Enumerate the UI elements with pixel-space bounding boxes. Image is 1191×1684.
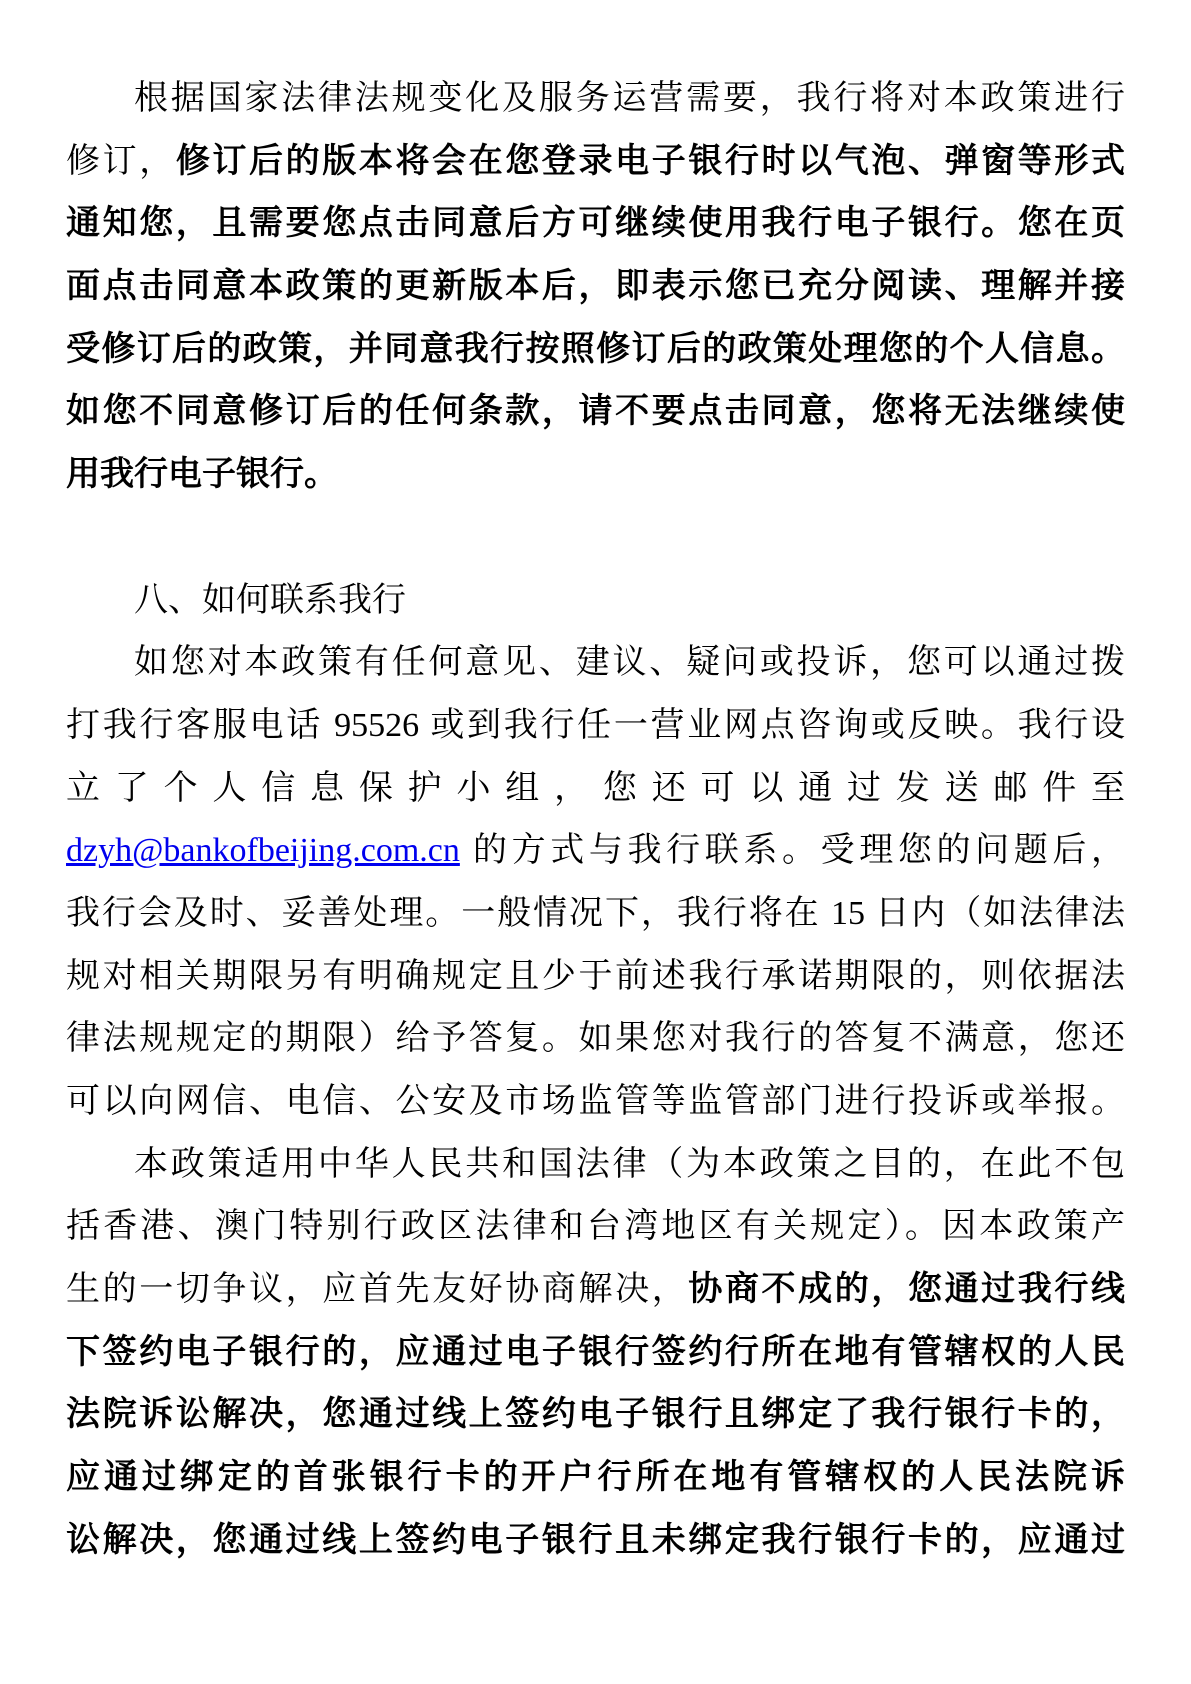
- body-text-run: 如您对本政策有任何意见、建议、疑问或投诉，您可以通过拨: [134, 644, 1125, 681]
- body-text-run: 修订，: [66, 143, 176, 180]
- emphasis-text-run: 讼解决，您通过线上签约电子银行且未绑定我行银行卡的，应通过: [66, 1522, 1125, 1559]
- body-text-run: 可以向网信、电信、公安及市场监管等监管部门进行投诉或举报。: [66, 1083, 1125, 1120]
- text-line: 八、如何联系我行: [66, 570, 1125, 633]
- text-line: 生的一切争议，应首先友好协商解决，协商不成的，您通过我行线: [66, 1259, 1125, 1322]
- body-text-run: 本政策适用中华人民共和国法律（为本政策之目的，在此不包: [134, 1146, 1125, 1183]
- text-line: 根据国家法律法规变化及服务运营需要，我行将对本政策进行: [66, 68, 1125, 131]
- text-line: 本政策适用中华人民共和国法律（为本政策之目的，在此不包: [66, 1134, 1125, 1197]
- text-line: 面点击同意本政策的更新版本后，即表示您已充分阅读、理解并接: [66, 256, 1125, 319]
- emphasis-text-run: 用我行电子银行。: [66, 456, 338, 493]
- text-line: 讼解决，您通过线上签约电子银行且未绑定我行银行卡的，应通过: [66, 1510, 1125, 1573]
- emphasis-text-run: 受修订后的政策，并同意我行按照修订后的政策处理您的个人信息。: [66, 331, 1125, 368]
- text-line: 立了个人信息保护小组，您还可以通过发送邮件至: [66, 758, 1125, 821]
- body-text-run: 打我行客服电话 95526 或到我行任一营业网点咨询或反映。我行设: [66, 707, 1125, 744]
- email-link[interactable]: dzyh@bankofbeijing.com.cn: [66, 832, 460, 869]
- body-text-run: 我行会及时、妥善处理。一般情况下，我行将在 15 日内（如法律法: [66, 895, 1125, 932]
- text-line: 括香港、澳门特别行政区法律和台湾地区有关规定）。因本政策产: [66, 1196, 1125, 1259]
- emphasis-text-run: 面点击同意本政策的更新版本后，即表示您已充分阅读、理解并接: [66, 268, 1125, 305]
- text-line: 如您不同意修订后的任何条款，请不要点击同意，您将无法继续使: [66, 381, 1125, 444]
- emphasis-text-run: 法院诉讼解决，您通过线上签约电子银行且绑定了我行银行卡的，: [66, 1396, 1125, 1433]
- emphasis-text-run: 下签约电子银行的，应通过电子银行签约行所在地有管辖权的人民: [66, 1334, 1125, 1371]
- text-line: 应通过绑定的首张银行卡的开户行所在地有管辖权的人民法院诉: [66, 1447, 1125, 1510]
- text-line: 下签约电子银行的，应通过电子银行签约行所在地有管辖权的人民: [66, 1322, 1125, 1385]
- emphasis-text-run: 协商不成的，您通过我行线: [688, 1271, 1125, 1308]
- body-text-run: 根据国家法律法规变化及服务运营需要，我行将对本政策进行: [134, 80, 1125, 117]
- document-page: 根据国家法律法规变化及服务运营需要，我行将对本政策进行修订，修订后的版本将会在您…: [0, 0, 1191, 1684]
- emphasis-text-run: 通知您，且需要您点击同意后方可继续使用我行电子银行。您在页: [66, 205, 1125, 242]
- text-line: 修订，修订后的版本将会在您登录电子银行时以气泡、弹窗等形式: [66, 131, 1125, 194]
- text-line: 规对相关期限另有明确规定且少于前述我行承诺期限的，则依据法: [66, 946, 1125, 1009]
- text-line: 我行会及时、妥善处理。一般情况下，我行将在 15 日内（如法律法: [66, 883, 1125, 946]
- text-line: 用我行电子银行。: [66, 444, 1125, 507]
- emphasis-text-run: 如您不同意修订后的任何条款，请不要点击同意，您将无法继续使: [66, 393, 1125, 430]
- body-text-run: 八、如何联系我行: [134, 582, 406, 619]
- emphasis-text-run: 修订后的版本将会在您登录电子银行时以气泡、弹窗等形式: [176, 143, 1125, 180]
- body-text-run: 律法规规定的期限）给予答复。如果您对我行的答复不满意，您还: [66, 1020, 1125, 1057]
- text-line: 法院诉讼解决，您通过线上签约电子银行且绑定了我行银行卡的，: [66, 1384, 1125, 1447]
- text-line: 可以向网信、电信、公安及市场监管等监管部门进行投诉或举报。: [66, 1071, 1125, 1134]
- text-line: 打我行客服电话 95526 或到我行任一营业网点咨询或反映。我行设: [66, 695, 1125, 758]
- text-line: 律法规规定的期限）给予答复。如果您对我行的答复不满意，您还: [66, 1008, 1125, 1071]
- emphasis-text-run: 应通过绑定的首张银行卡的开户行所在地有管辖权的人民法院诉: [66, 1459, 1125, 1496]
- body-text-run: 立了个人信息保护小组，您还可以通过发送邮件至: [66, 770, 1125, 807]
- body-text-run: 括香港、澳门特别行政区法律和台湾地区有关规定）。因本政策产: [66, 1208, 1125, 1245]
- blank-line: [66, 507, 1125, 570]
- body-text-run: 规对相关期限另有明确规定且少于前述我行承诺期限的，则依据法: [66, 958, 1125, 995]
- text-line: 如您对本政策有任何意见、建议、疑问或投诉，您可以通过拨: [66, 632, 1125, 695]
- text-line: 通知您，且需要您点击同意后方可继续使用我行电子银行。您在页: [66, 193, 1125, 256]
- text-line: 受修订后的政策，并同意我行按照修订后的政策处理您的个人信息。: [66, 319, 1125, 382]
- body-text-run: 的方式与我行联系。受理您的问题后，: [460, 832, 1125, 869]
- body-text-run: 生的一切争议，应首先友好协商解决，: [66, 1271, 688, 1308]
- text-line: dzyh@bankofbeijing.com.cn 的方式与我行联系。受理您的问…: [66, 820, 1125, 883]
